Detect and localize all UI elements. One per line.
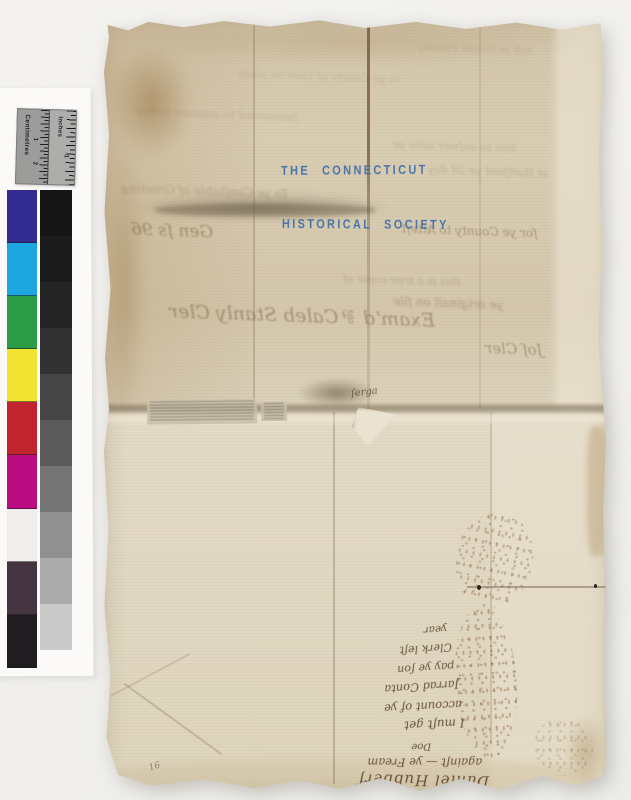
upper-right-light-panel [555, 18, 607, 410]
color-patch-green [7, 296, 37, 349]
ownership-stamp-line2: HISTORICAL SOCIETY [282, 218, 449, 232]
gray-step-g6 [40, 466, 72, 512]
vertical-fold-crease [479, 22, 481, 408]
showthrough-line: Gen ſs 96 [131, 220, 214, 243]
ownership-stamp-line1: THE CONNECTICUT [281, 164, 428, 179]
color-patch-white [7, 509, 37, 562]
gray-step-g0 [40, 190, 72, 236]
gray-step-g7 [40, 512, 72, 558]
gray-step-g1 [40, 236, 72, 282]
ruler-scale-card: Centimetres Inches 1 2 1 [15, 108, 77, 186]
gray-step-g4 [40, 374, 72, 420]
color-patch-blue [7, 190, 37, 243]
printed-repair-strip [147, 398, 257, 424]
gray-step-g5 [40, 420, 72, 466]
docket-line: againſt — ye Fream [300, 754, 482, 770]
color-patch-cyan [7, 243, 37, 296]
inch-number-1: 1 [63, 154, 69, 158]
gray-step-g2 [40, 282, 72, 328]
color-patch-dark-aubergine [7, 562, 37, 615]
inches-label: Inches [56, 116, 63, 137]
color-patch-red [7, 402, 37, 455]
photograph-canvas: Centimetres Inches 1 2 1 him to anſwer u… [0, 0, 631, 800]
color-patch-yellow [7, 349, 37, 402]
manuscript-document: him to anſwer unto yeat Hartford ye 2d d… [103, 18, 607, 792]
showthrough-line: Joſ Cler [485, 339, 543, 359]
vertical-fold-crease [253, 22, 255, 408]
manuscript-paper: him to anſwer unto yeat Hartford ye 2d d… [103, 18, 607, 792]
foxing-speckles [533, 718, 593, 776]
inch-minor-ticks [69, 111, 76, 185]
cm-number-1: 1 [32, 138, 38, 142]
color-patch-black [7, 615, 37, 668]
gray-step-g8 [40, 558, 72, 604]
right-edge-stain [587, 426, 607, 556]
ink-smudge-streak [155, 204, 375, 216]
top-edge-stain [123, 20, 583, 64]
ink-spot [594, 584, 597, 588]
gray-step-column [40, 190, 72, 650]
gray-step-g9 [40, 604, 72, 650]
docket-line: Daniel Hubberſ [299, 768, 489, 792]
inverted-ink-docket: Daniel Hubberſagainſt — ye FreamDoeI muſ… [299, 592, 504, 797]
vertical-fold-crease-dark [367, 20, 370, 412]
printed-repair-strip [261, 401, 287, 421]
color-patch-magenta [7, 455, 37, 508]
docket-line: Doe [301, 739, 431, 755]
color-patch-column [7, 190, 37, 668]
gray-step-g3 [40, 328, 72, 374]
centimetres-label: Centimetres [23, 114, 31, 155]
cm-number-2: 2 [31, 162, 37, 166]
